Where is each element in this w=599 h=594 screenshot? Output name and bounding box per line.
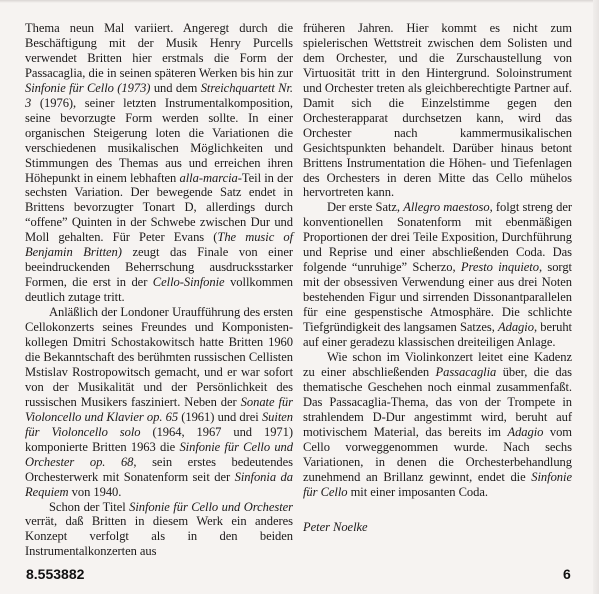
body-text: Anläßlich der Londoner Uraufführung des …: [25, 305, 293, 409]
page-number: 6: [563, 566, 571, 582]
paragraph: Schon der Titel Sinfonie für Cello und O…: [25, 500, 293, 560]
italic-title-text: Cello-Sinfonie: [153, 275, 225, 289]
body-text: Schon der Titel: [49, 500, 129, 514]
right-text-column: früheren Jahren. Hier kommt es nicht zum…: [303, 21, 572, 534]
italic-title-text: Adagio: [498, 320, 534, 334]
body-text: (1961) und drei: [178, 410, 262, 424]
left-text-column: Thema neun Mal variiert. Angeregt durch …: [25, 21, 293, 559]
body-text: früheren Jahren. Hier kommt es nicht zum…: [303, 21, 572, 199]
italic-title-text: Adagio: [507, 425, 543, 439]
italic-title-text: Sinfonie für Cello und Orchester: [129, 500, 293, 514]
catalog-number: 8.553882: [26, 566, 84, 582]
author-signature: Peter Noelke: [303, 520, 572, 535]
italic-title-text: Passacaglia: [435, 365, 496, 379]
body-text: von 1940.: [69, 485, 122, 499]
body-text: Thema neun Mal variiert. Angeregt durch …: [25, 21, 293, 80]
italic-title-text: Sinfonie für Cello (1973): [25, 81, 150, 95]
paragraph: Der erste Satz, Allegro maestoso, folgt …: [303, 200, 572, 350]
body-text: verrät, daß Britten in diesem Werk ein a…: [25, 514, 293, 558]
body-text: Der erste Satz,: [327, 200, 403, 214]
italic-title-text: Presto inquieto: [461, 260, 539, 274]
page-right-edge: [593, 0, 599, 594]
paragraph: Wie schon im Violinkonzert leitet eine K…: [303, 350, 572, 500]
paragraph: Anläßlich der Londoner Uraufführung des …: [25, 305, 293, 499]
paragraph: Thema neun Mal variiert. Angeregt durch …: [25, 21, 293, 305]
italic-title-text: Allegro maestoso: [403, 200, 489, 214]
page-top-edge: [0, 0, 599, 3]
italic-title-text: alla-marcia: [180, 171, 238, 185]
paragraph: früheren Jahren. Hier kommt es nicht zum…: [303, 21, 572, 200]
body-text: mit einer imposanten Coda.: [348, 485, 488, 499]
body-text: und dem: [150, 81, 200, 95]
